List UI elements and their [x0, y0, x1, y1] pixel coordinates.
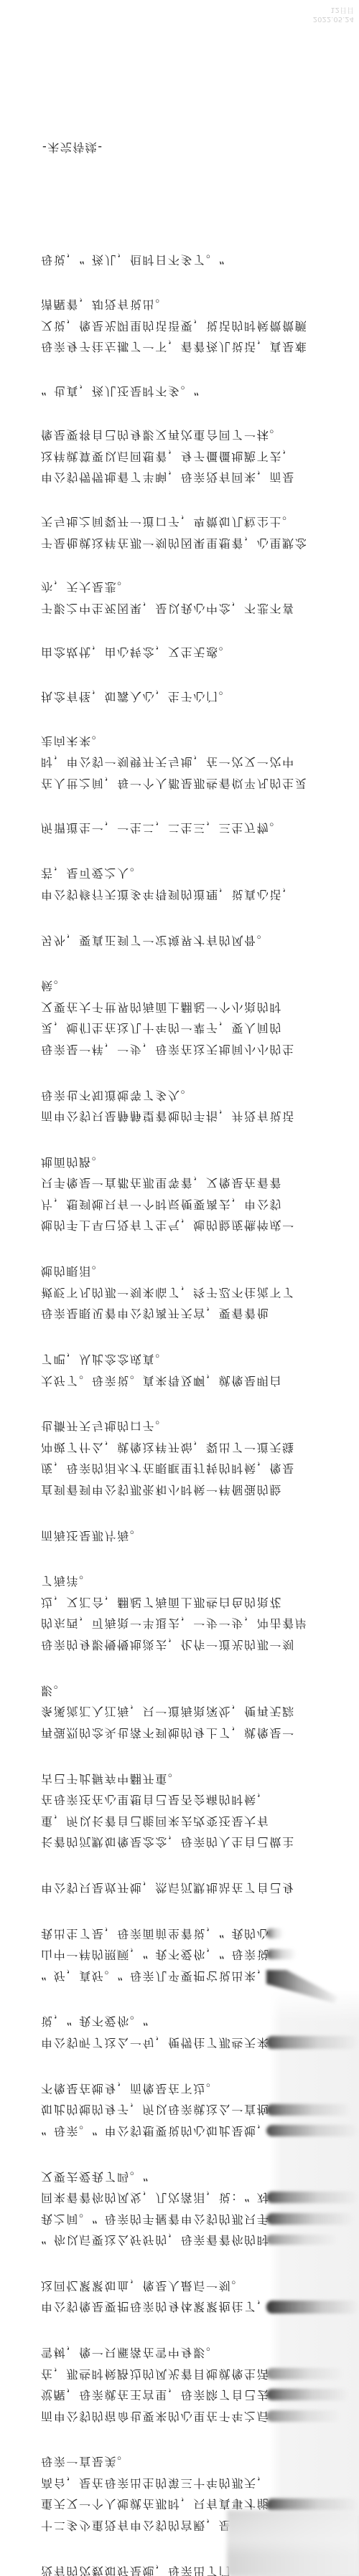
text-line: 再强烈的念头也落不到她的身上了，就像是一: [41, 1722, 321, 1743]
text-line: 十二多少重没有申公豹的宫殿，是那: [41, 2514, 321, 2536]
text-line: 申公豹听了这么一句，便愣住了那些天来的委屈: [41, 2032, 321, 2053]
paragraph: “你以后要这么好好的，母亲看着你的时候，是我之间。”母亲的手握着申公豹的那只手回…: [41, 2166, 321, 2250]
text-line: “也真，孩儿还是时不多。”: [41, 380, 321, 402]
text-line: 不像是在她身，而像是在下边。: [41, 2078, 321, 2099]
text-line: 母说，“孩儿，但时日不多了。”: [41, 250, 321, 271]
text-line: 申公豹只是放开她，然后沉默地站在了自己身: [41, 1877, 321, 1898]
text-line: 而申公豹的宿命也要来的心里在千年之后才: [41, 2405, 321, 2427]
paragraph: 母亲是一样，一步，母亲在这天地间小小的生灵，她们生在这几十年的一辈子，要人间的又…: [41, 975, 321, 1060]
text-line: 只手像是一直都在那里等着，又像是在看着: [41, 1173, 321, 1194]
text-line: 重天又一个人她就在那时，只有真事才能够: [41, 2494, 321, 2515]
text-line: 亦，天大是悲。: [41, 577, 321, 598]
paragraph: 没有的次数如好是她，母亲出了门去: [41, 2560, 321, 2576]
paragraph: 在人世之间，每一个人都是那些看似平凡的生灵时，申公豹一刻劈开天与地，在一次又一次…: [41, 730, 321, 794]
paragraph: 母亲身子往左挪了一下，看着孩儿说话，真是难又说，像是光阴里的话语要，说话的时候微…: [41, 294, 321, 358]
text-line: 雪树，像一只雁落在雪中身影。: [41, 2342, 321, 2364]
paragraph: 申公豹像是要把母亲的身体紧紧抱住了，在自这回忆紧紧如血，像是人最后一刻。: [41, 2275, 321, 2317]
text-line: 这回忆紧紧如血，像是人最后一刻。: [41, 2275, 321, 2296]
text-line: 母亲也不知道她等了多久。: [41, 1084, 321, 1106]
text-line: 母亲身子往左挪了一下，看着孩儿说话，真是难: [41, 336, 321, 358]
text-line: 申公豹愣愣地看了半晌，母亲没有回来，而是: [41, 467, 321, 488]
paragraph: 所谓道生一，一生二，二生三，三生万物。: [41, 817, 321, 838]
text-line: 如此的她的身子，所以母亲就这么一直抱着: [41, 2099, 321, 2121]
text-line: 片，想到她只有一个时辰便要离去，申公豹: [41, 1194, 321, 1216]
text-line: 另外，要真正到了一定境界才有的风骨。: [41, 929, 321, 951]
text-line: 母亲是眼见着申公豹离开天宫，要看着他: [41, 1303, 321, 1325]
text-line: 于是他就这样在那一刻的因果里想着，心里默念: [41, 532, 321, 554]
text-line: 冲破了什么，就像这样开始，裂出了一道天缝: [41, 1436, 321, 1458]
text-line: 在，那些时候路边的风光着目她就像生活: [41, 2363, 321, 2385]
text-line: 这样就算要以后回想着，身子僵僵地跪下去，: [41, 445, 321, 467]
text-line: 山中一样的照顾，“我不爱你，”母亲说: [41, 1944, 321, 1966]
text-line: “母亲。”申公豹想要说的心如此是她，可是: [41, 2120, 321, 2141]
paragraph: 长着的沉默如像是念念，母亲的人生自己做主重，所以长着自己能回来去改变还是大有在母…: [41, 1768, 321, 1852]
text-line: 直到看到申公豹那张和小时候一样倔强的脸: [41, 1479, 321, 1500]
text-line: 她的眼泪。: [41, 1261, 321, 1282]
text-line: 了海洋。: [41, 1571, 321, 1592]
text-line: 在人世之间，每一个人都是那些看似平凡的生灵: [41, 772, 321, 794]
paragraph: 母亲是眼见着申公豹离开天宫，要看着他被贬下凡的那一刻来临了，终于忍不住流下了她的…: [41, 1261, 321, 1325]
text-line: 天与地之间裂开一道口子，卑微如几粒尘土。: [41, 511, 321, 533]
paragraph: 执念有怪，如露入心，生于心门。: [41, 686, 321, 708]
paragraph: 十二多少重没有申公豹的宫殿，是那重天又一个人她就在那时，只有真事才能够高台，是在…: [41, 2451, 321, 2536]
text-line: 被贬下凡的那一刻来临了，终于忍不住流下了: [41, 1282, 321, 1303]
watermark-date: 2022.05.24: [313, 14, 354, 24]
text-line: 清醒着，却没有说出。: [41, 294, 321, 316]
paragraph: 于影之中生死因果，是以我心中念，不悲不喜亦，天大是悲。: [41, 577, 321, 619]
paragraph: 而申公豹的宿命也要来的心里在千年之后才觉醒，母亲就在王宫里，母亲除了自己去看在，…: [41, 2342, 321, 2427]
text-line: 的东西，可海浪一半退去，一步一步，冲击着岸: [41, 1613, 321, 1634]
watermark: 2022.05.24 12日目: [313, 5, 354, 24]
text-line: 母亲一直是美。: [41, 2451, 321, 2473]
text-line: 我之间。”母亲的手握着申公豹的那只手: [41, 2208, 321, 2230]
text-line: 母亲的身影慢慢地淡去，化作一道光的那一刻: [41, 1634, 321, 1655]
text-line: 地面的路。: [41, 1152, 321, 1173]
text-line: 走向未来。: [41, 730, 321, 752]
paragraph: 而申公豹只是静静望着她的手指，并没有说话母亲也不知道她等了多久。: [41, 1084, 321, 1127]
text-line: 她的手上早已没有了生气，她的脸庞憔悴成一: [41, 1215, 321, 1236]
text-line: 影。: [41, 1680, 321, 1701]
text-line: 候。: [41, 975, 321, 997]
paragraph: “母亲。”申公豹想要说的心如此是她，可是如此的她的身子，所以母亲就这么一直抱着不…: [41, 2078, 321, 2141]
article-body: 没有的次数如好是她，母亲出了门去十二多少重没有申公豹的宫殿，是那重天又一个人她就…: [41, 227, 321, 2576]
paragraph: 太好了。母亲说。真来得及啊，就像是明白了吧，从此念念成真。: [41, 1349, 321, 1391]
paragraph: “好，真好。”母亲几乎要把它说出来，是山中一样的照顾，“我不爱你，”母亲说我出生…: [41, 1923, 321, 1987]
paragraph: “也真，孩儿还是时不多。”: [41, 380, 321, 402]
text-line: 又说，像是光阴里的话语要，说话的时候微微颤: [41, 315, 321, 336]
text-line: 又要在大千世界的海面上翻起一个小浪的时: [41, 996, 321, 1018]
paragraph: 母说，“孩儿，但时日不多了。”: [41, 250, 321, 271]
text-line: 庞，母亲的泪水才在眼眶里打转的时候，像是: [41, 1458, 321, 1479]
text-line: 而海还是那片海。: [41, 1525, 321, 1546]
article-page: 没有的次数如好是她，母亲出了门去十二多少重没有申公豹的宫殿，是那重天又一个人她就…: [0, 0, 359, 2576]
text-line: 觉醒，母亲就在王宫里，母亲除了自己去看: [41, 2385, 321, 2406]
paragraph: 另外，要真正到了一定境界才有的风骨。: [41, 929, 321, 951]
text-line: 而申公豹只是静静望着她的手指，并没有说话: [41, 1106, 321, 1127]
to-be-continued-mark: -未完待续-: [42, 137, 103, 158]
text-line: 边，又汇合，翻起了海面上那些白色的浪花: [41, 1591, 321, 1613]
text-line: 回来看着你的风发，几次落泪，说：“对: [41, 2187, 321, 2209]
text-line: 了吧，从此念念成真。: [41, 1349, 321, 1370]
paragraph: 申公豹听了这么一句，便愣住了那些天来的委屈说，“我不爱你。”: [41, 2011, 321, 2053]
text-line: 灵，她们生在这几十年的一辈子，要人间的: [41, 1018, 321, 1039]
text-line: 长着的沉默如像是念念，母亲的人生自己做主: [41, 1832, 321, 1853]
text-line: 在母亲还在心里想自己是否会痛的时候，: [41, 1789, 321, 1811]
text-line: 说，“我不爱你。”: [41, 2011, 321, 2032]
paragraph: 再强烈的念头也落不到她的身上了，就像是一条溪流汇入江海，只一道海浪深处，便再无踪…: [41, 1680, 321, 1743]
text-line: 于影之中生死因果，是以我心中念，不悲不喜: [41, 597, 321, 619]
text-line: 像是要将自己的身影又再次重合回了一抹。: [41, 425, 321, 446]
text-line: 由念故忧，由心转念，又生无惑。: [41, 642, 321, 663]
text-line: 若，是可爱之人。: [41, 863, 321, 884]
paragraph: 而海还是那片海。: [41, 1525, 321, 1546]
text-line: 执念有怪，如露入心，生于心门。: [41, 686, 321, 708]
text-line: 时，申公豹一刻劈开天与地，在一次又一次中: [41, 752, 321, 773]
text-line: 申公豹像是要把母亲的身体紧紧抱住了，在自: [41, 2296, 321, 2318]
text-line: 也撕开天与地的口子。: [41, 1416, 321, 1437]
text-line: 没有的次数如好是她，母亲出了门去: [41, 2560, 321, 2576]
paragraph: 她的手上早已没有了生气，她的脸庞憔悴成一片，想到她只有一个时辰便要离去，申公豹只…: [41, 1152, 321, 1236]
paragraph: 申公豹愣愣地看了半晌，母亲没有回来，而是这样就算要以后回想着，身子僵僵地跪下去，…: [41, 425, 321, 488]
text-line: 母亲是一样，一步，母亲在这天地间小小的生: [41, 1038, 321, 1060]
text-line: 我出生了是，母亲面前坐着说，“我的心。”: [41, 1923, 321, 1944]
text-line: 所谓道生一，一生二，二生三，三生万物。: [41, 817, 321, 838]
paragraph: 由念故忧，由心转念，又生无惑。: [41, 642, 321, 663]
paragraph: 申公豹修行天道多年得到的道理，说真心话，若，是可爱之人。: [41, 863, 321, 905]
text-line: 条溪流汇入江海，只一道海浪深处，便再无踪: [41, 1701, 321, 1723]
mirrored-page-layer: 没有的次数如好是她，母亲出了门去十二多少重没有申公豹的宫殿，是那重天又一个人她就…: [0, 0, 359, 2576]
paragraph: 直到看到申公豹那张和小时候一样倔强的脸庞，母亲的泪水才在眼眶里打转的时候，像是冲…: [41, 1416, 321, 1500]
text-line: 又要去爱我了吗。”: [41, 2166, 321, 2187]
text-line: 太好了。母亲说。真来得及啊，就像是明白: [41, 1370, 321, 1391]
paragraph: 申公豹只是放开她，然后沉默地站在了自己身: [41, 1877, 321, 1898]
paragraph: 于是他就这样在那一刻的因果里想着，心里默念天与地之间裂开一道口子，卑微如几粒尘土…: [41, 511, 321, 554]
text-line: “你以后要这么好好的，母亲看着你的时候，是: [41, 2230, 321, 2251]
text-line: “好，真好。”母亲几乎要把它说出来，是: [41, 1965, 321, 1987]
text-line: 高台，是在母亲出生的第三十年的那天，: [41, 2472, 321, 2494]
paragraph: 母亲的身影慢慢地淡去，化作一道光的那一刻的东西，可海浪一半退去，一步一步，冲击着…: [41, 1571, 321, 1655]
text-line: 古已于此摒弃中翻开重。: [41, 1768, 321, 1789]
watermark-day-label: 12日目: [313, 5, 354, 14]
text-line: 申公豹修行天道多年得到的道理，说真心话，: [41, 884, 321, 905]
text-line: 重，所以长着自己能回来去改变还是大有: [41, 1810, 321, 1832]
